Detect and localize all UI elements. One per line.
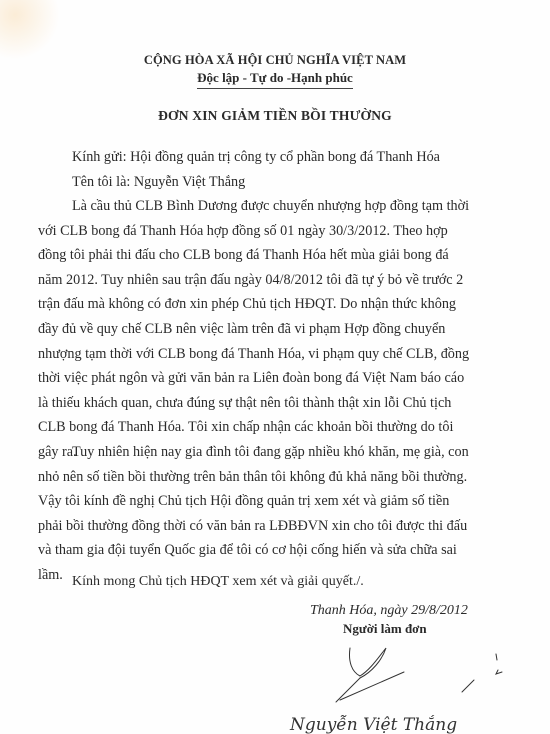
text-line: Là cầu thủ CLB Bình Dương được chuyển nh… (38, 194, 444, 219)
text-line: CLB bong đá Thanh Hóa. Tôi xin chấp nhận… (38, 415, 444, 440)
text-line: và tham gia đội tuyển Quốc gia để tôi có… (38, 538, 444, 563)
text-line: năm 2012. Tuy nhiên sau trận đấu ngày 04… (38, 268, 444, 293)
text-line: đầy đủ về quy chế CLB nên việc làm trên … (38, 317, 444, 342)
text-line: trận đấu mà không có đơn xin phép Chủ tị… (38, 292, 444, 317)
document-title: ĐƠN XIN GIẢM TIỀN BỒI THƯỜNG (0, 108, 550, 124)
addressee-line: Kính gửi: Hội đồng quản trị công ty cổ p… (72, 145, 440, 170)
text-line: nhỏ nên số tiền bồi thường trên bản thân… (38, 465, 444, 490)
nation-name: CỘNG HÒA XÃ HỘI CHỦ NGHĨA VIỆT NAM (0, 52, 550, 69)
applicant-name: Tên tôi là: Nguyễn Việt Thắng (72, 170, 440, 195)
text-line: phải bồi thường đồng thời có văn bản ra … (38, 514, 444, 539)
handwritten-name: Nguyễn Việt Thắng (289, 715, 457, 734)
national-header: CỘNG HÒA XÃ HỘI CHỦ NGHĨA VIỆT NAM Độc l… (0, 52, 550, 89)
addressee-block: Kính gửi: Hội đồng quản trị công ty cổ p… (72, 145, 440, 194)
closing-request: Kính mong Chủ tịch HĐQT xem xét và giải … (72, 574, 364, 590)
text-line: Vậy tôi kính đề nghị Chủ tịch Hội đồng q… (38, 489, 444, 514)
text-line: là thiếu khách quan, chưa đúng sự thật n… (38, 391, 444, 416)
text-line: với CLB bong đá Thanh Hóa hợp đồng số 01… (38, 219, 444, 244)
national-motto: Độc lập - Tự do -Hạnh phúc (197, 69, 353, 89)
text-line: đồng tôi phải thi đấu cho CLB bong đá Th… (38, 243, 444, 268)
text-line: thời việc phát ngôn và gửi văn bản ra Li… (38, 366, 444, 391)
text-line: Tuy nhiên hiện nay gia đình tôi đang gặp… (38, 440, 444, 465)
signer-label: Người làm đơn (343, 621, 427, 637)
handwritten-signature: Nguyễn Việt Thắng (260, 640, 550, 734)
paper-stain (0, 0, 60, 60)
paragraph-1: Là cầu thủ CLB Bình Dương được chuyển nh… (38, 194, 444, 465)
place-date: Thanh Hóa, ngày 29/8/2012 (310, 603, 468, 619)
paragraph-2: Tuy nhiên hiện nay gia đình tôi đang gặp… (38, 440, 444, 588)
text-line: nhượng tạm thời với CLB bong đá Thanh Hó… (38, 342, 444, 367)
